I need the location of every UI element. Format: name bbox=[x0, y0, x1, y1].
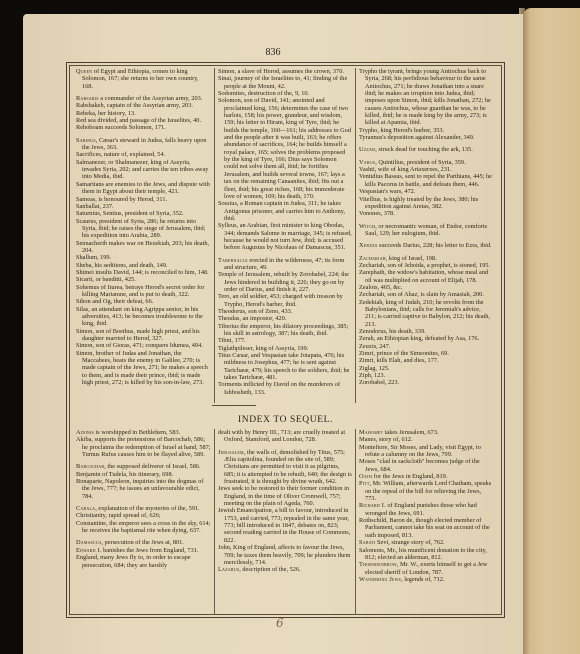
index-entry: Rothschild, Baron de, though elected mem… bbox=[359, 517, 493, 539]
index-entry: Simon, son of Gioras, 471; conquers Idum… bbox=[76, 342, 211, 349]
index-entry: Zeuxis, 247. bbox=[359, 343, 493, 350]
entry-text: , explanation of the mysteries of the, 5… bbox=[95, 505, 200, 512]
entry-text: Akiba, supports the pretensions of Barco… bbox=[76, 436, 211, 458]
index-entry: Theudas, an impostor, 420. bbox=[218, 315, 352, 322]
sequel-column-1: Adonis is worshipped in Bethlehem, 583.A… bbox=[73, 429, 214, 615]
index-entry: Zenodorus, his death, 339. bbox=[359, 328, 493, 335]
entry-text: Vonones, 378. bbox=[359, 210, 395, 217]
entry-text: Temple of Jerusalem, rebuilt by Zorobabe… bbox=[218, 271, 349, 293]
entry-text: for the Jews in England, 819. bbox=[372, 473, 447, 480]
index-entry: Zarephath, the widow's habitation, whose… bbox=[359, 269, 493, 284]
entry-text: Sennacherib makes war on Hezekiah, 203; … bbox=[76, 240, 209, 254]
entry-text: , Cæsar's steward in Judea, falls heavy … bbox=[82, 137, 207, 151]
entry-text: Tiberius the emperor, his dilatory proce… bbox=[218, 323, 348, 337]
index-entry: Tabernacle erected in the wilderness, 47… bbox=[218, 257, 352, 272]
entry-text: Zenodorus, his death, 339. bbox=[359, 328, 426, 335]
index-entry: Vonones, 378. bbox=[359, 210, 493, 217]
entry-text: of Egypt and Ethiopia, comes to king Sol… bbox=[82, 68, 199, 90]
index-entry: Trypho, king Herod's barber, 353. bbox=[359, 127, 493, 134]
entry-text: a commander of the Assyrian army, 203. bbox=[99, 95, 203, 102]
index-entry: Edward I. banishes the Jews from England… bbox=[76, 547, 211, 554]
page-number: 836 bbox=[23, 47, 523, 58]
index-entry: Salomons, Mr., his munificent donation t… bbox=[359, 547, 493, 562]
index-entry: Wandering Jews, legends of, 712. bbox=[359, 576, 493, 583]
entry-text: Montefiore, Sir Moses, and Lady, visit E… bbox=[359, 444, 481, 458]
index-entry: Saturnius, Sentius, president of Syria, … bbox=[76, 210, 211, 217]
entry-text: Moses "clad in sackcloth" becomes judge … bbox=[359, 458, 480, 472]
entry-text: , the supposed deliverer of Israel, 586. bbox=[104, 463, 200, 470]
facing-page-edge bbox=[523, 8, 580, 654]
index-entry: Sabati Sevi, strange story of, 762. bbox=[359, 539, 493, 546]
entry-headword: Rabsaris bbox=[76, 95, 99, 102]
entry-text: Christianity, rapid spread of, 626; bbox=[76, 512, 161, 519]
entry-text: Rehoboam succeeds Solomon, 171. bbox=[76, 124, 166, 131]
index-entry: Oath for the Jews in England, 819. bbox=[359, 473, 493, 480]
index-entry: Mahomet takes Jerusalem, 673. bbox=[359, 429, 493, 436]
entry-text: Bonaparte, Napoleon, inquiries into the … bbox=[76, 478, 203, 500]
index-entry: Damascus, persecution of the Jews at, 80… bbox=[76, 539, 211, 546]
index-entry: Jewish Emancipation, a bill to favour, i… bbox=[218, 507, 352, 544]
index-entry: Montefiore, Sir Moses, and Lady, visit E… bbox=[359, 444, 493, 459]
entry-text: Saturnius, Sentius, president of Syria, … bbox=[76, 210, 184, 217]
entry-text: succeeds Darius, 228; his letter to Ezra… bbox=[377, 242, 491, 249]
index-entry: Sabinus, Cæsar's steward in Judea, falls… bbox=[76, 137, 211, 152]
section-title: INDEX TO SEQUEL. bbox=[67, 415, 504, 425]
entry-text: , legends of, 712. bbox=[401, 576, 444, 583]
index-entry: Ziglag, 125. bbox=[359, 365, 493, 372]
entry-text: Zeuxis, 247. bbox=[359, 343, 390, 350]
entry-text: is worshipped in Bethlehem, 583. bbox=[94, 429, 180, 436]
index-column-2: Simon, a slave of Herod, assumes the cro… bbox=[214, 68, 355, 403]
index-column-1: Queen of Egypt and Ethiopia, comes to ki… bbox=[73, 68, 214, 403]
entry-text: Constantine, the emperor sees a cross in… bbox=[76, 520, 210, 534]
entry-text: Theodorus, son of Zeno, 433. bbox=[218, 308, 292, 315]
sequel-column-2: dealt with by Henry III., 713; are cruel… bbox=[214, 429, 355, 615]
index-entry: Shallum, 199. bbox=[76, 254, 211, 261]
index-entry: Bonaparte, Napoleon, inquiries into the … bbox=[76, 478, 211, 500]
index-entry: dealt with by Henry III., 713; are cruel… bbox=[218, 429, 352, 444]
index-entry: Tiberius the emperor, his dilatory proce… bbox=[218, 323, 352, 338]
index-entry: Sennacherib makes war on Hezekiah, 203; … bbox=[76, 240, 211, 255]
entry-headword: Barcochab bbox=[76, 463, 104, 470]
entry-text: , king of Israel, 198. bbox=[386, 255, 437, 262]
entry-text: , description of the, 526. bbox=[239, 566, 300, 573]
entry-text: Sacrifices, nature of, explained, 54. bbox=[76, 151, 165, 158]
index-entry: Varus, Quintilius, president of Syria, 3… bbox=[359, 159, 493, 166]
entry-text: Shimei insults David, 144; is reconciled… bbox=[76, 269, 209, 276]
entry-headword: Adonis bbox=[76, 429, 94, 436]
entry-text: Trypho the tyrant, brings young Antiochu… bbox=[359, 68, 491, 126]
index-entry: Rabshakeh, captain of the Assyrian army,… bbox=[76, 102, 211, 109]
entry-text: Manes, story of, 612. bbox=[359, 436, 413, 443]
entry-headword: Thorndenbrow bbox=[359, 561, 397, 568]
entry-text: , struck dead for touching the ark, 135. bbox=[375, 146, 473, 153]
entry-text: banishes the Jews from England, 731. bbox=[102, 547, 199, 554]
entry-text: , persecution of the Jews at, 801. bbox=[102, 539, 184, 546]
entry-text: Sohemus of Iturea, betrays Herod's secre… bbox=[76, 284, 204, 298]
index-entry: Tero, an old soldier, 453; charged with … bbox=[218, 293, 352, 308]
index-entry: Akiba, supports the pretensions of Barco… bbox=[76, 436, 211, 458]
entry-text: Tibni, 177. bbox=[218, 337, 246, 344]
entry-text: Sameas, is honoured by Herod, 311. bbox=[76, 196, 167, 203]
entry-headword: Cabala bbox=[76, 505, 95, 512]
entry-text: Red sea divided, and passage of the Isra… bbox=[76, 117, 201, 124]
entry-text: John, King of England, affects to favour… bbox=[218, 544, 350, 566]
entry-text: Sanballat, 237. bbox=[76, 203, 114, 210]
sequel-index-columns: Adonis is worshipped in Bethlehem, 583.A… bbox=[73, 429, 497, 615]
entry-text: , Mr. William, afterwards Lord Chatham, … bbox=[365, 480, 491, 502]
entry-headword: Sabinus bbox=[76, 137, 96, 144]
entry-headword: Witch bbox=[359, 223, 375, 230]
entry-text: Ventidius Bassus, sent to repel the Part… bbox=[359, 173, 492, 187]
entry-text: Sicarii, or banditti, 425. bbox=[76, 276, 136, 283]
section-divider-rule bbox=[212, 405, 256, 406]
index-entry: Sicarii, or banditti, 425. bbox=[76, 276, 211, 283]
entry-text: Samaritans are enemies to the Jews, and … bbox=[76, 181, 210, 195]
index-entry: Simon, brother of Judas and Jonathan, th… bbox=[76, 350, 211, 387]
entry-headword: Pitt bbox=[359, 480, 370, 487]
entry-headword: Edward I. bbox=[76, 547, 102, 554]
index-entry: Vitellius, is highly treated by the Jews… bbox=[359, 196, 493, 211]
entry-text: Ziglag, 125. bbox=[359, 365, 390, 372]
entry-text: Titus Cæsar, and Vespasian take Jotapata… bbox=[218, 352, 349, 381]
index-entry: Sihon and Og, their defeat, 66. bbox=[76, 298, 211, 305]
index-entry: Richard I. of England punishes those who… bbox=[359, 502, 493, 517]
entry-headword: Uzzah bbox=[359, 146, 375, 153]
entry-text: Simon, son of Gioras, 471; conquers Idum… bbox=[76, 342, 203, 349]
index-entry: Temple of Jerusalem, rebuilt by Zorobabe… bbox=[218, 271, 352, 293]
entry-text: Simon, brother of Judas and Jonathan, th… bbox=[76, 350, 208, 386]
index-entry: John, King of England, affects to favour… bbox=[218, 544, 352, 566]
index-entry: Samaritans are enemies to the Jews, and … bbox=[76, 181, 211, 196]
index-entry: Sohemus of Iturea, betrays Herod's secre… bbox=[76, 284, 211, 299]
index-entry: Sylleus, an Arabian, first minister to k… bbox=[218, 222, 352, 251]
entry-text: Zimri, kills Elah, and dies, 177. bbox=[359, 357, 439, 364]
pencil-annotation: 6 bbox=[276, 616, 284, 630]
entry-text: Jewish Emancipation, a bill to favour, i… bbox=[218, 507, 350, 543]
index-entry: Sanballat, 237. bbox=[76, 203, 211, 210]
index-entry: Rehoboam succeeds Solomon, 171. bbox=[76, 124, 211, 131]
index-entry: Cabala, explanation of the mysteries of … bbox=[76, 505, 211, 512]
entry-text: Tero, an old soldier, 453; charged with … bbox=[218, 293, 343, 307]
entry-text: Solomon, son of David, 141; anointed and… bbox=[218, 97, 351, 199]
index-entry: Christianity, rapid spread of, 626; bbox=[76, 512, 211, 519]
entry-text: Zimri, prince of the Simeonites, 69. bbox=[359, 350, 449, 357]
index-entry: Shimei insults David, 144; is reconciled… bbox=[76, 269, 211, 276]
index-entry: Theodorus, son of Zeno, 433. bbox=[218, 308, 352, 315]
entry-text: Sevi, strange story of, 762. bbox=[375, 539, 444, 546]
entry-headword: Queen bbox=[76, 68, 92, 75]
index-entry: Jerusalem, the walls of, demolished by T… bbox=[218, 449, 352, 486]
entry-text: Rebeka, her history, 13. bbox=[76, 110, 136, 117]
entry-headword: Sabati bbox=[359, 539, 375, 546]
entry-text: Zechariah, son of Jehoida, a prophet, is… bbox=[359, 262, 490, 269]
entry-text: Tyrannus's deposition against Alexander,… bbox=[359, 134, 475, 141]
entry-headword: Varus bbox=[359, 159, 375, 166]
index-entry: Zimri, kills Elah, and dies, 177. bbox=[359, 357, 493, 364]
index-entry: Trypho the tyrant, brings young Antiochu… bbox=[359, 68, 493, 127]
entry-headword: Jerusalem bbox=[218, 449, 244, 456]
entry-headword: Wandering Jews bbox=[359, 576, 401, 583]
index-entry: Salmanezer, or Shalmanezer, king of Assy… bbox=[76, 159, 211, 181]
index-entry: England, many Jews fly to, in order to e… bbox=[76, 554, 211, 569]
entry-text: Zedekiah, king of Judah, 210; he revolts… bbox=[359, 299, 490, 328]
index-entry: Torments inflicted by David on the murde… bbox=[218, 381, 352, 396]
entry-text: Vespasian's wars, 472. bbox=[359, 188, 415, 195]
index-entry: Zealots, 465, &c. bbox=[359, 284, 493, 291]
index-frame: Queen of Egypt and Ethiopia, comes to ki… bbox=[66, 62, 505, 618]
index-entry: Tiglathpileser, king of Assyria, 199. bbox=[218, 345, 352, 352]
entry-text: Sylleus, an Arabian, first minister to k… bbox=[218, 222, 352, 251]
entry-text: , or necromantic woman, of Endor, comfor… bbox=[365, 223, 487, 237]
book-page: 836 Queen of Egypt and Ethiopia, comes t… bbox=[23, 14, 523, 654]
entry-text: Zarephath, the widow's habitation, whose… bbox=[359, 269, 488, 283]
index-entry: Ventidius Bassus, sent to repel the Part… bbox=[359, 173, 493, 188]
entry-text: Silas, an attendant on king Agrippa seni… bbox=[76, 306, 203, 328]
entry-text: Vashti, wife of king Artaxerxes, 231. bbox=[359, 166, 452, 173]
index-entry: Vespasian's wars, 472. bbox=[359, 188, 493, 195]
index-entry: Sameas, is honoured by Herod, 311. bbox=[76, 196, 211, 203]
entry-text: Trypho, king Herod's barber, 353. bbox=[359, 127, 444, 134]
index-entry: Zimri, prince of the Simeonites, 69. bbox=[359, 350, 493, 357]
entry-text: Rothschild, Baron de, though elected mem… bbox=[359, 517, 490, 539]
entry-text: Theudas, an impostor, 420. bbox=[218, 315, 286, 322]
entry-text: Scaurus, president of Syria, 286; he ret… bbox=[76, 218, 205, 240]
index-entry: Zorobabel, 223. bbox=[359, 379, 493, 386]
index-entry: Sheba, his seditions, and death, 149. bbox=[76, 262, 211, 269]
entry-text: Jews seek to be restored to their former… bbox=[218, 485, 349, 507]
index-entry: Vashti, wife of king Artaxerxes, 231. bbox=[359, 166, 493, 173]
index-entry: Rabsaris a commander of the Assyrian arm… bbox=[76, 95, 211, 102]
entry-text: Shallum, 199. bbox=[76, 254, 111, 261]
entry-text: dealt with by Henry III., 713; are cruel… bbox=[218, 429, 345, 443]
index-entry: Lazarus, description of the, 526. bbox=[218, 566, 352, 573]
index-entry: Zechariah, son of Jehoida, a prophet, is… bbox=[359, 262, 493, 269]
entry-text: Rabshakeh, captain of the Assyrian army,… bbox=[76, 102, 193, 109]
entry-headword: Tabernacle bbox=[218, 257, 248, 264]
index-entry: Barcochab, the supposed deliverer of Isr… bbox=[76, 463, 211, 470]
entry-text: Zealots, 465, &c. bbox=[359, 284, 403, 291]
index-entry: Sinai, journey of the Israelites to, 41;… bbox=[218, 75, 352, 90]
entry-text: Ziph, 123. bbox=[359, 372, 385, 379]
entry-text: Simon, son of Boethus, made high priest,… bbox=[76, 328, 200, 342]
index-entry: Uzzah, struck dead for touching the ark,… bbox=[359, 146, 493, 153]
entry-headword: Mahomet bbox=[359, 429, 383, 436]
index-entry: Witch, or necromantic woman, of Endor, c… bbox=[359, 223, 493, 238]
index-entry: Zachariah, king of Israel, 198. bbox=[359, 255, 493, 262]
entry-text: Simon, a slave of Herod, assumes the cro… bbox=[218, 68, 344, 75]
entry-text: Salmanezer, or Shalmanezer, king of Assy… bbox=[76, 159, 208, 181]
index-entry: Solomon, son of David, 141; anointed and… bbox=[218, 97, 352, 200]
entry-text: Sheba, his seditions, and death, 149. bbox=[76, 262, 167, 269]
index-entry: Pitt, Mr. William, afterwards Lord Chath… bbox=[359, 480, 493, 502]
entry-text: Tiglathpileser, king of Assyria, 199. bbox=[218, 345, 308, 352]
entry-text: Sinai, journey of the Israelites to, 41;… bbox=[218, 75, 347, 89]
index-entry: Zerah, an Ethiopian king, defeated by As… bbox=[359, 335, 493, 342]
index-entry: Sossius, a Roman captain in Judea, 311; … bbox=[218, 200, 352, 222]
entry-headword: Lazarus bbox=[218, 566, 239, 573]
entry-text: Zechariah, son of Ahaz, is slain by Amas… bbox=[359, 291, 484, 298]
entry-text: Sihon and Og, their defeat, 66. bbox=[76, 298, 153, 305]
entry-text: Zorobabel, 223. bbox=[359, 379, 399, 386]
entry-text: , Quintilius, president of Syria, 359. bbox=[375, 159, 465, 166]
index-entry: Constantine, the emperor sees a cross in… bbox=[76, 520, 211, 535]
entry-text: Torments inflicted by David on the murde… bbox=[218, 381, 340, 395]
index-entry: Zechariah, son of Ahaz, is slain by Amas… bbox=[359, 291, 493, 298]
index-entry: Thorndenbrow, Mr. W., exerts himself to … bbox=[359, 561, 493, 576]
entry-text: Sossius, a Roman captain in Judea, 311; … bbox=[218, 200, 345, 222]
index-entry: Scaurus, president of Syria, 286; he ret… bbox=[76, 218, 211, 240]
entry-headword: Damascus bbox=[76, 539, 102, 546]
index-entry: Xerxes succeeds Darius, 228; his letter … bbox=[359, 242, 493, 249]
index-entry: Benjamin of Tudela, his itinerary, 698. bbox=[76, 471, 211, 478]
entry-text: Sodomites, destruction of the, 9, 10. bbox=[218, 90, 309, 97]
index-entry: Zedekiah, king of Judah, 210; he revolts… bbox=[359, 299, 493, 328]
index-upper-columns: Queen of Egypt and Ethiopia, comes to ki… bbox=[73, 68, 497, 403]
index-entry: Sodomites, destruction of the, 9, 10. bbox=[218, 90, 352, 97]
index-entry: Simon, son of Boethus, made high priest,… bbox=[76, 328, 211, 343]
sequel-column-3: Mahomet takes Jerusalem, 673.Manes, stor… bbox=[355, 429, 496, 615]
index-entry: Queen of Egypt and Ethiopia, comes to ki… bbox=[76, 68, 211, 90]
entry-text: takes Jerusalem, 673. bbox=[383, 429, 438, 436]
index-entry: Rebeka, her history, 13. bbox=[76, 110, 211, 117]
index-entry: Ziph, 123. bbox=[359, 372, 493, 379]
entry-headword: Zachariah bbox=[359, 255, 386, 262]
entry-text: Vitellius, is highly treated by the Jews… bbox=[359, 196, 478, 210]
index-entry: Tibni, 177. bbox=[218, 337, 352, 344]
entry-headword: Oath bbox=[359, 473, 372, 480]
entry-text: Zerah, an Ethiopian king, defeated by As… bbox=[359, 335, 479, 342]
entry-headword: Xerxes bbox=[359, 242, 377, 249]
index-entry: Red sea divided, and passage of the Isra… bbox=[76, 117, 211, 124]
index-entry: Moses "clad in sackcloth" becomes judge … bbox=[359, 458, 493, 473]
entry-headword: Richard I. bbox=[359, 502, 386, 509]
entry-text: Salomons, Mr., his munificent donation t… bbox=[359, 547, 487, 561]
index-entry: Jews seek to be restored to their former… bbox=[218, 485, 352, 507]
index-entry: Silas, an attendant on king Agrippa seni… bbox=[76, 306, 211, 328]
index-entry: Simon, a slave of Herod, assumes the cro… bbox=[218, 68, 352, 75]
entry-text: England, many Jews fly to, in order to e… bbox=[76, 554, 191, 568]
index-entry: Titus Cæsar, and Vespasian take Jotapata… bbox=[218, 352, 352, 381]
index-entry: Tyrannus's deposition against Alexander,… bbox=[359, 134, 493, 141]
entry-text: Benjamin of Tudela, his itinerary, 698. bbox=[76, 471, 173, 478]
index-column-3: Trypho the tyrant, brings young Antiochu… bbox=[355, 68, 496, 403]
index-entry: Adonis is worshipped in Bethlehem, 583. bbox=[76, 429, 211, 436]
index-entry: Sacrifices, nature of, explained, 54. bbox=[76, 151, 211, 158]
index-entry: Manes, story of, 612. bbox=[359, 436, 493, 443]
entry-text: , the walls of, demolished by Titus, 575… bbox=[224, 449, 352, 485]
